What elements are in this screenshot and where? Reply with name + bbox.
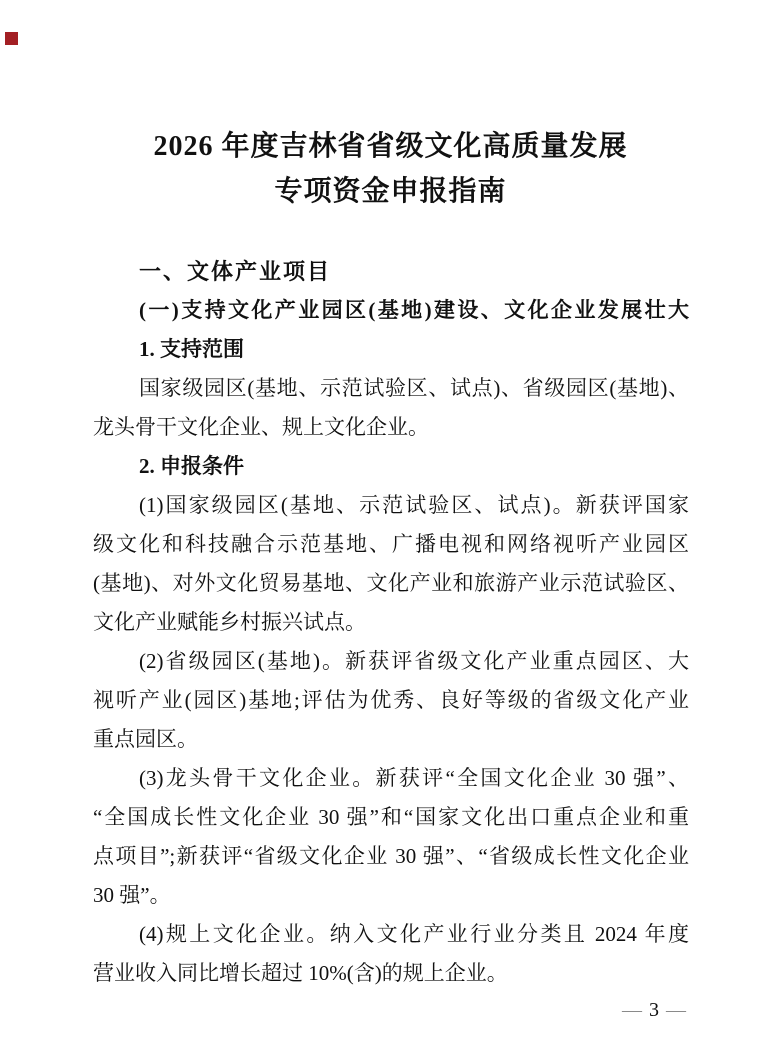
title-line-2: 专项资金申报指南 <box>0 169 781 214</box>
paragraph-line: (3)龙头骨干文化企业。新获评“全国文化企业 30 强”、 <box>93 759 689 798</box>
paragraph-line: (基地)、对外文化贸易基地、文化产业和旅游产业示范试验区、 <box>93 564 689 603</box>
paragraph-line: 国家级园区(基地、示范试验区、试点)、省级园区(基地)、 <box>93 369 689 408</box>
paragraph-condition-1: (1)国家级园区(基地、示范试验区、试点)。新获评国家 级文化和科技融合示范基地… <box>93 486 689 642</box>
paragraph-line: 文化产业赋能乡村振兴试点。 <box>93 603 689 642</box>
page-number: 3 <box>649 999 659 1021</box>
corner-stamp-mark <box>5 32 18 45</box>
document-page: 2026 年度吉林省省级文化高质量发展 专项资金申报指南 一、文体产业项目 (一… <box>0 0 781 1053</box>
paragraph-line: 视听产业(园区)基地;评估为优秀、良好等级的省级文化产业 <box>93 681 689 720</box>
paragraph-line: (2)省级园区(基地)。新获评省级文化产业重点园区、大 <box>93 642 689 681</box>
paragraph-line: “全国成长性文化企业 30 强”和“国家文化出口重点企业和重 <box>93 798 689 837</box>
item-heading-support-scope: 1. 支持范围 <box>93 330 689 369</box>
paragraph-line: 点项目”;新获评“省级文化企业 30 强”、“省级成长性文化企业 <box>93 837 689 876</box>
section-heading-1: 一、文体产业项目 <box>93 252 689 291</box>
paragraph-line: 龙头骨干文化企业、规上文化企业。 <box>93 408 689 447</box>
subsection-heading-1: (一)支持文化产业园区(基地)建设、文化企业发展壮大 <box>93 291 689 330</box>
paragraph-support-scope: 国家级园区(基地、示范试验区、试点)、省级园区(基地)、 龙头骨干文化企业、规上… <box>93 369 689 447</box>
paragraph-line: 级文化和科技融合示范基地、广播电视和网络视听产业园区 <box>93 525 689 564</box>
paragraph-line: (4)规上文化企业。纳入文化产业行业分类且 2024 年度 <box>93 915 689 954</box>
footer-dash-right: — <box>666 999 686 1021</box>
paragraph-line: 重点园区。 <box>93 720 689 759</box>
paragraph-condition-2: (2)省级园区(基地)。新获评省级文化产业重点园区、大 视听产业(园区)基地;评… <box>93 642 689 759</box>
paragraph-condition-4: (4)规上文化企业。纳入文化产业行业分类且 2024 年度 营业收入同比增长超过… <box>93 915 689 993</box>
footer-dash-left: — <box>622 999 642 1021</box>
page-footer: —3— <box>615 999 693 1022</box>
document-title: 2026 年度吉林省省级文化高质量发展 专项资金申报指南 <box>0 124 781 214</box>
paragraph-line: 30 强”。 <box>93 876 689 915</box>
title-line-1: 2026 年度吉林省省级文化高质量发展 <box>0 124 781 169</box>
paragraph-line: 营业收入同比增长超过 10%(含)的规上企业。 <box>93 954 689 993</box>
document-body: 一、文体产业项目 (一)支持文化产业园区(基地)建设、文化企业发展壮大 1. 支… <box>93 252 689 993</box>
item-heading-application-conditions: 2. 申报条件 <box>93 447 689 486</box>
paragraph-line: (1)国家级园区(基地、示范试验区、试点)。新获评国家 <box>93 486 689 525</box>
paragraph-condition-3: (3)龙头骨干文化企业。新获评“全国文化企业 30 强”、 “全国成长性文化企业… <box>93 759 689 915</box>
